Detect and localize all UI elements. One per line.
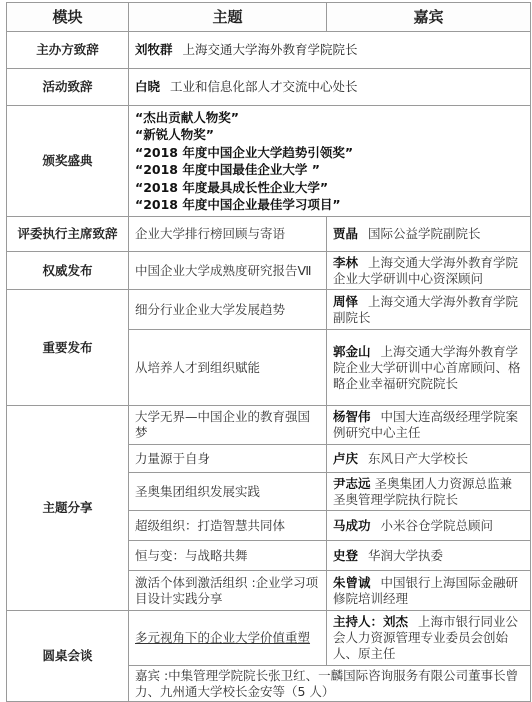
guest-name: 周怿 xyxy=(333,294,358,309)
module-label: 主题分享 xyxy=(7,406,129,611)
header-topic: 主题 xyxy=(129,3,327,32)
row-roundtable: 圆桌会谈 多元视角下的企业大学价值重塑 主持人：刘杰上海市银行同业公会人力资源管… xyxy=(7,611,531,666)
row-major-release: 重要发布 细分行业企业大学发展趋势 周怿上海交通大学海外教育学院副院长 xyxy=(7,290,531,330)
speaker-name: 刘牧群 xyxy=(135,42,173,57)
guest-title: 上海交通大学海外教育学院企业大学研训中心资深顾问 xyxy=(333,255,518,286)
topic-cell: 超级组织：打造智慧共同体 xyxy=(129,511,327,541)
guest-cell: 李林上海交通大学海外教育学院企业大学研训中心资深顾问 xyxy=(327,252,531,290)
speaker-name: 白晓 xyxy=(135,79,160,94)
guest-cell: 史登华润大学执委 xyxy=(327,541,531,571)
header-guest: 嘉宾 xyxy=(327,3,531,32)
guest-title: 华润大学执委 xyxy=(368,548,443,563)
row-authority-release: 权威发布 中国企业大学成熟度研究报告Ⅶ 李林上海交通大学海外教育学院企业大学研训… xyxy=(7,252,531,290)
topic-cell: 企业大学排行榜回顾与寄语 xyxy=(129,217,327,252)
award-item: “2018 年度中国最佳企业大学 ” xyxy=(135,161,524,179)
guest-cell: 朱曾诚中国银行上海国际金融研修院培训经理 xyxy=(327,571,531,611)
guest-name: 卢庆 xyxy=(333,451,358,466)
guest-title: 小米谷仓学院总顾问 xyxy=(381,518,494,533)
guest-cell: 郭金山上海交通大学海外教育学院企业大学研训中心首席顾问、格略企业幸福研究院院长 xyxy=(327,330,531,406)
award-item: “2018 年度最具成长性企业大学” xyxy=(135,179,524,197)
agenda-table: 模块 主题 嘉宾 主办方致辞 刘牧群上海交通大学海外教育学院院长 活动致辞 白晓… xyxy=(6,2,531,690)
topic-cell: 大学无界—中国企业的教育强国梦 xyxy=(129,406,327,445)
guest-cell: 杨智伟中国大连高级经理学院案例研究中心主任 xyxy=(327,406,531,445)
roundtable-topic: 多元视角下的企业大学价值重塑 xyxy=(135,630,310,645)
module-label: 主办方致辞 xyxy=(7,32,129,69)
guest-name: 郭金山 xyxy=(333,344,371,359)
topic-cell: 从培养人才到组织赋能 xyxy=(129,330,327,406)
guest-name: 史登 xyxy=(333,548,358,563)
module-label: 活动致辞 xyxy=(7,69,129,106)
award-item: “新锐人物奖” xyxy=(135,126,524,144)
guest-cell: 马成功小米谷仓学院总顾问 xyxy=(327,511,531,541)
speaker-title: 工业和信息化部人才交流中心处长 xyxy=(170,79,358,94)
agenda-table-container: 模块 主题 嘉宾 主办方致辞 刘牧群上海交通大学海外教育学院院长 活动致辞 白晓… xyxy=(6,2,530,690)
host-label: 主持人：刘杰 xyxy=(333,614,408,629)
row-theme-share: 主题分享 大学无界—中国企业的教育强国梦 杨智伟中国大连高级经理学院案例研究中心… xyxy=(7,406,531,445)
module-label: 圆桌会谈 xyxy=(7,611,129,691)
guest-name: 朱曾诚 xyxy=(333,575,371,590)
topic-cell: 激活个体到激活组织 :企业学习项目设计实践分享 xyxy=(129,571,327,611)
row-jury-speech: 评委执行主席致辞 企业大学排行榜回顾与寄语 贾晶国际公益学院副院长 xyxy=(7,217,531,252)
header-module: 模块 xyxy=(7,3,129,32)
award-item: “2018 年度中国企业大学趋势引领奖” xyxy=(135,144,524,162)
row-awards: 颁奖盛典 “杰出贡献人物奖” “新锐人物奖” “2018 年度中国企业大学趋势引… xyxy=(7,106,531,217)
guest-cell: 主持人：刘杰上海市银行同业公会人力资源管理专业委员会创始人、原主任 xyxy=(327,611,531,666)
awards-list: “杰出贡献人物奖” “新锐人物奖” “2018 年度中国企业大学趋势引领奖” “… xyxy=(129,106,531,217)
module-label: 权威发布 xyxy=(7,252,129,290)
award-item: “2018 年度中国企业最佳学习项目” xyxy=(135,196,524,214)
module-label: 颁奖盛典 xyxy=(7,106,129,217)
topic-cell: 多元视角下的企业大学价值重塑 xyxy=(129,611,327,666)
guest-title: 东风日产大学校长 xyxy=(368,451,468,466)
row-host-speech: 主办方致辞 刘牧群上海交通大学海外教育学院院长 xyxy=(7,32,531,69)
speaker-cell: 白晓工业和信息化部人才交流中心处长 xyxy=(129,69,531,106)
guest-name: 贾晶 xyxy=(333,226,358,241)
guest-cell: 贾晶国际公益学院副院长 xyxy=(327,217,531,252)
guest-name: 杨智伟 xyxy=(333,409,371,424)
guest-name: 马成功 xyxy=(333,518,371,533)
topic-cell: 力量源于自身 xyxy=(129,445,327,473)
award-item: “杰出贡献人物奖” xyxy=(135,109,524,127)
roundtable-guests: 嘉宾 :中集管理学院院长张卫红、一麟国际咨询服务有限公司董事长曾力、九州通大学校… xyxy=(129,666,531,691)
topic-cell: 恒与变：与战略共舞 xyxy=(129,541,327,571)
topic-cell: 中国企业大学成熟度研究报告Ⅶ xyxy=(129,252,327,290)
module-label: 重要发布 xyxy=(7,290,129,406)
speaker-cell: 刘牧群上海交通大学海外教育学院院长 xyxy=(129,32,531,69)
guest-cell: 尹志远圣奥集团人力资源总监兼圣奥管理学院执行院长 xyxy=(327,473,531,511)
guest-cell: 卢庆东风日产大学校长 xyxy=(327,445,531,473)
module-label: 评委执行主席致辞 xyxy=(7,217,129,252)
topic-cell: 圣奥集团组织发展实践 xyxy=(129,473,327,511)
guest-name: 尹志远 xyxy=(333,476,371,491)
guest-name: 李林 xyxy=(333,255,358,270)
guest-title: 国际公益学院副院长 xyxy=(368,226,481,241)
guest-cell: 周怿上海交通大学海外教育学院副院长 xyxy=(327,290,531,330)
header-row: 模块 主题 嘉宾 xyxy=(7,3,531,32)
speaker-title: 上海交通大学海外教育学院院长 xyxy=(183,42,358,57)
topic-cell: 细分行业企业大学发展趋势 xyxy=(129,290,327,330)
guest-title: 上海交通大学海外教育学院副院长 xyxy=(333,294,518,325)
row-event-speech: 活动致辞 白晓工业和信息化部人才交流中心处长 xyxy=(7,69,531,106)
